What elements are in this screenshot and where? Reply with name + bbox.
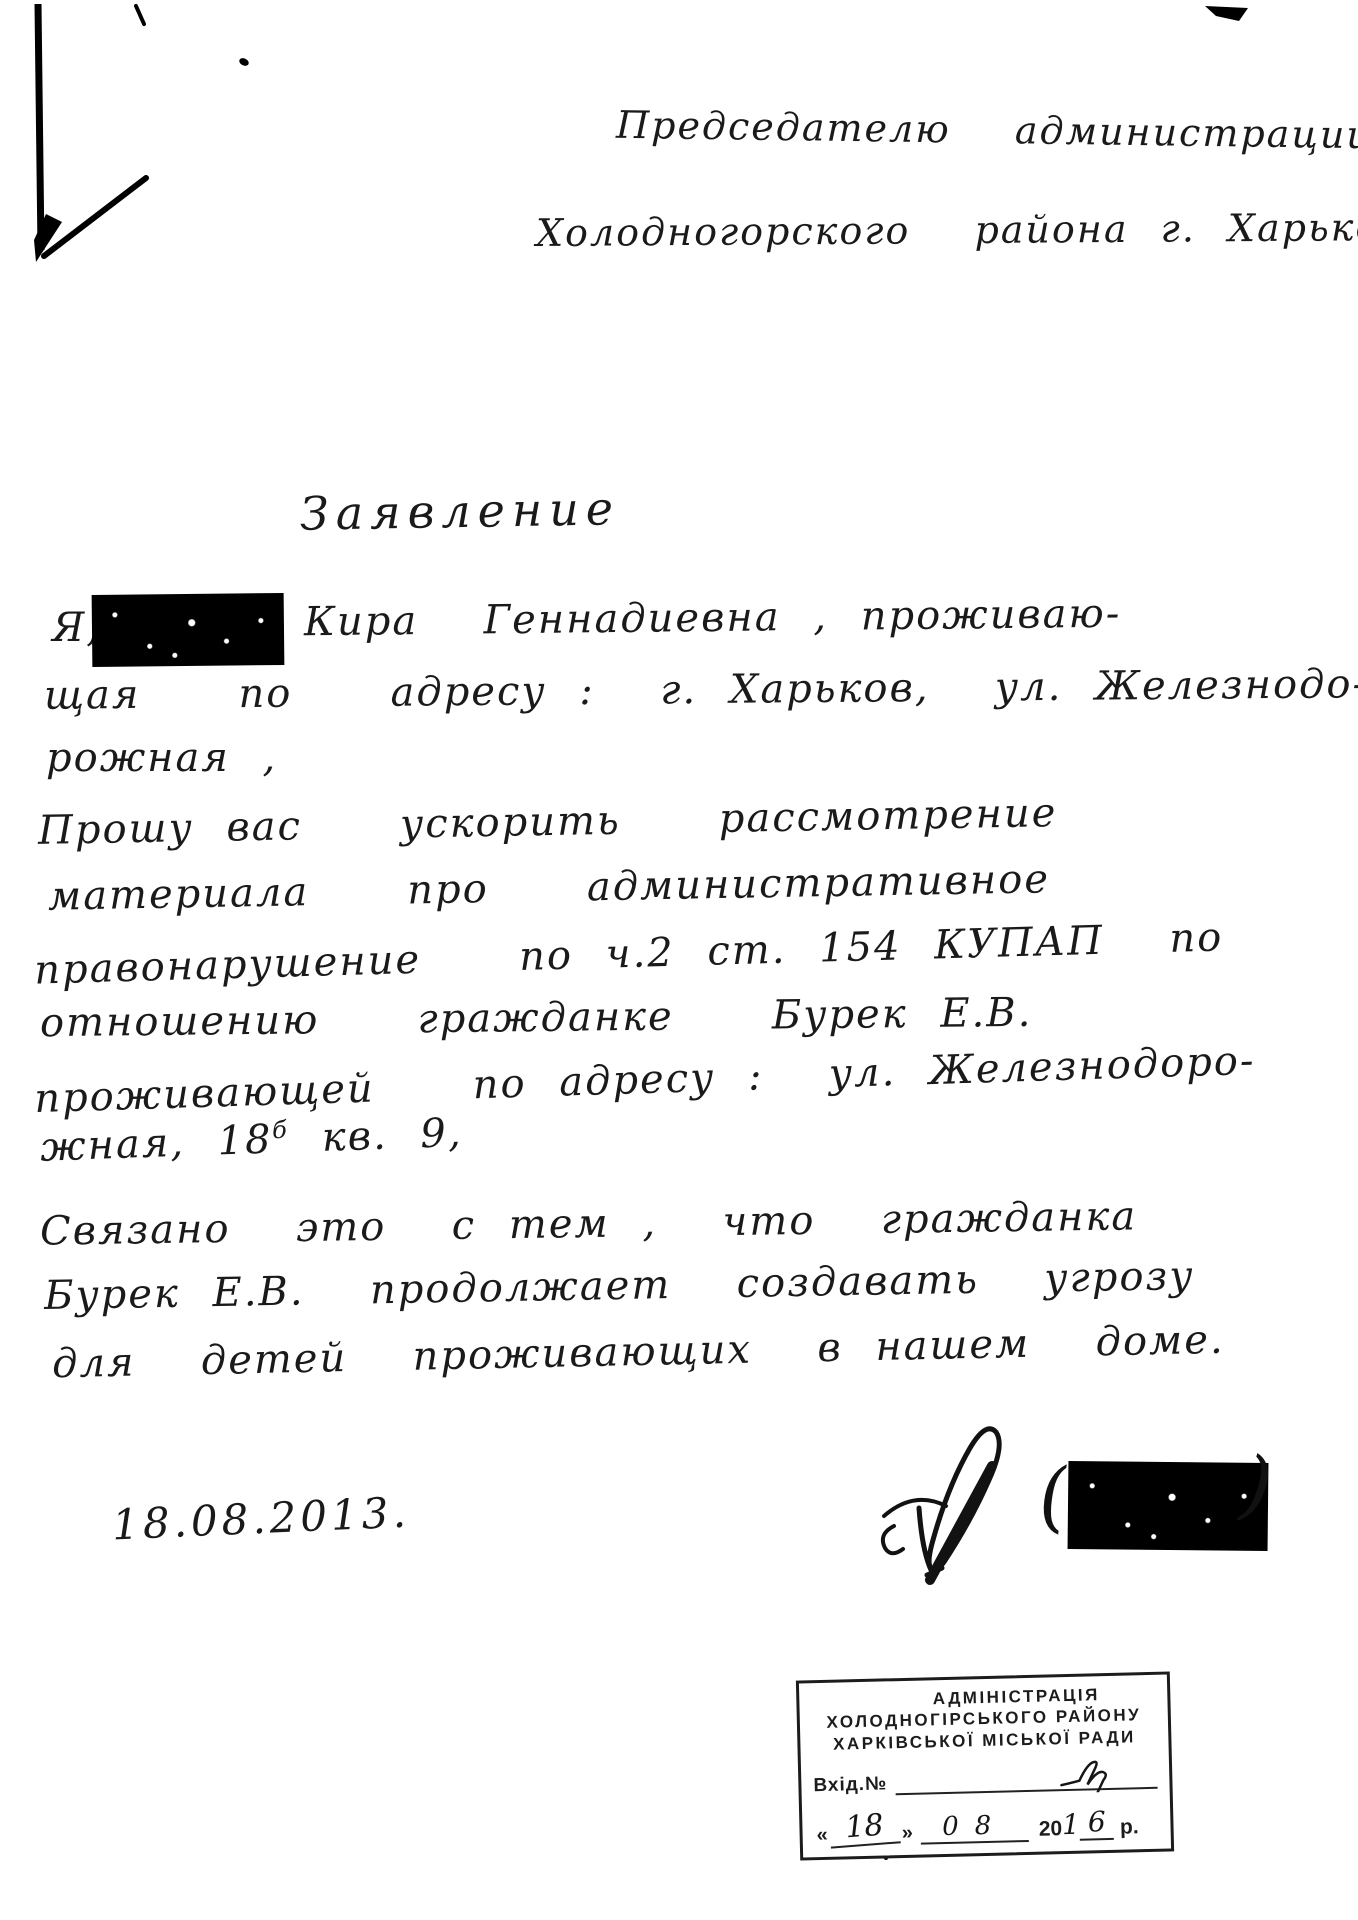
document-date: 18.08.2013. [111, 1490, 411, 1549]
body-line-p2l6-tail: кв. 9, [288, 1110, 463, 1162]
body-line-p3l1: Связано это с тем , что гражданка [40, 1194, 1138, 1253]
body-line-p3l2: Бурек Е.В. продолжает создавать угрозу [44, 1254, 1195, 1318]
document-title: Заявление [300, 483, 621, 539]
stamp-quote-open: « [814, 1824, 830, 1847]
body-line-p2l1: Прошу вас ускорить рассмотрение [38, 791, 1058, 853]
redacted-signature-name-box [1068, 1461, 1269, 1551]
recipient-line-2: Холодногорского района г. Харьков [536, 207, 1358, 255]
stamp-year-suffix: р. [1120, 1815, 1139, 1839]
body-line-p1l2: щая по адресу : г. Харьков, ул. Железнод… [44, 662, 1358, 718]
body-line-p2l4: отношению гражданке Бурек Е.В. [40, 991, 1033, 1045]
body-line-p2l6-text: жная, 18 [39, 1117, 273, 1171]
house-letter-superscript: б [272, 1116, 290, 1145]
stamp-entry-number-blank [895, 1757, 1158, 1795]
body-line-p1l3: рожная , [46, 736, 277, 780]
registration-stamp: АДМІНІСТРАЦІЯ ХОЛОДНОГІРСЬКОГО РАЙОНУ ХА… [796, 1671, 1174, 1860]
redacted-name-box [92, 593, 285, 667]
body-line-p1l1: Кира Геннадиевна , проживаю- [304, 592, 1122, 645]
stamp-day-handwritten: 18 [828, 1806, 901, 1848]
body-line-p2l5: проживающей по адресу : ул. Железнодоро- [34, 1039, 1256, 1121]
stamp-quote-close: » [899, 1821, 915, 1844]
body-line-p2l3: правонарушение по ч.2 ст. 154 КУПАП по [34, 915, 1224, 992]
body-line-p3l3: для детей проживающих в нашем доме. [52, 1318, 1225, 1387]
stamp-year-digit-2: 6 [1079, 1805, 1114, 1841]
stamp-year-printed: 20 [1039, 1817, 1063, 1842]
signature-paren-open: ( [1035, 1451, 1071, 1542]
body-line-p2l2: материала про административное [48, 857, 1051, 918]
stamp-handwritten-number-mark [1057, 1758, 1118, 1793]
stamp-year-digit-1: 1 [1062, 1807, 1081, 1840]
signature-paren-close: ) [1237, 1439, 1276, 1531]
stamp-month-handwritten: 08 [920, 1810, 1029, 1845]
scanned-document-page: Председателю администрации Холодногорско… [0, 0, 1358, 1920]
stamp-entry-number-label: Вхід.№ [813, 1773, 887, 1797]
recipient-line-1: Председателю администрации [616, 105, 1358, 157]
